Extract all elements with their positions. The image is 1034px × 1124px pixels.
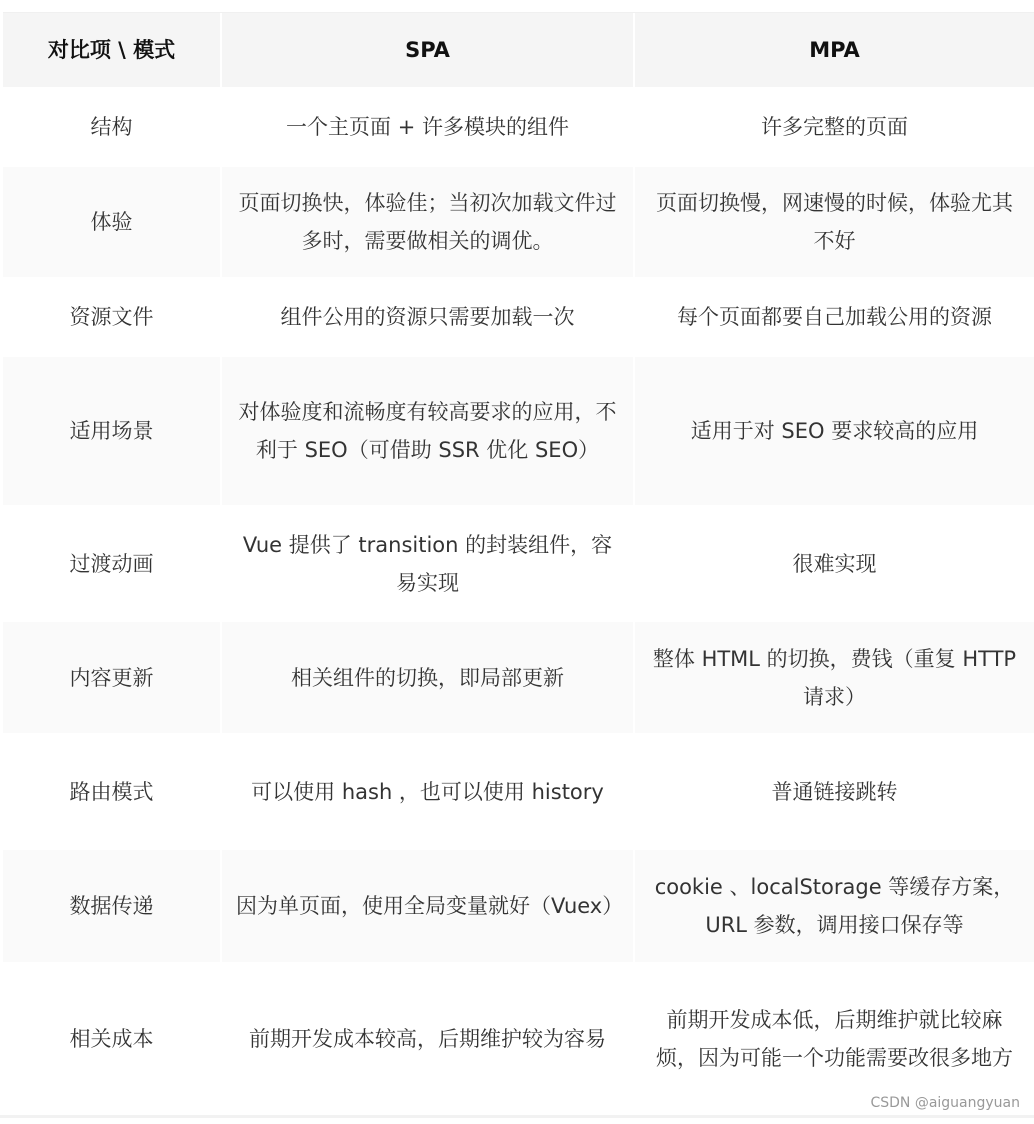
- cell-spa: 可以使用 hash ，也可以使用 history: [222, 735, 635, 850]
- cell-spa: 前期开发成本较高，后期维护较为容易: [222, 964, 635, 1116]
- table-header-row: 对比项 \ 模式 SPA MPA: [3, 13, 1034, 89]
- table-row: 过渡动画 Vue 提供了 transition 的封装组件，容易实现 很难实现: [3, 507, 1034, 622]
- spa-vs-mpa-comparison-table: 对比项 \ 模式 SPA MPA 结构 一个主页面 + 许多模块的组件 许多完整…: [3, 13, 1034, 1116]
- cell-mpa: 页面切换慢，网速慢的时候，体验尤其不好: [635, 167, 1034, 279]
- cell-spa: Vue 提供了 transition 的封装组件，容易实现: [222, 507, 635, 622]
- comparison-table-container: 对比项 \ 模式 SPA MPA 结构 一个主页面 + 许多模块的组件 许多完整…: [3, 12, 1034, 1116]
- cell-mpa: 前期开发成本低，后期维护就比较麻烦，因为可能一个功能需要改很多地方: [635, 964, 1034, 1116]
- cell-spa: 页面切换快，体验佳；当初次加载文件过多时，需要做相关的调优。: [222, 167, 635, 279]
- cell-spa: 一个主页面 + 许多模块的组件: [222, 89, 635, 167]
- cell-mpa: 每个页面都要自己加载公用的资源: [635, 279, 1034, 357]
- cell-mpa: 整体 HTML 的切换，费钱（重复 HTTP 请求）: [635, 622, 1034, 735]
- cell-mpa: 很难实现: [635, 507, 1034, 622]
- table-row: 资源文件 组件公用的资源只需要加载一次 每个页面都要自己加载公用的资源: [3, 279, 1034, 357]
- cell-mpa: 普通链接跳转: [635, 735, 1034, 850]
- cell-mpa: 许多完整的页面: [635, 89, 1034, 167]
- table-row: 内容更新 相关组件的切换，即局部更新 整体 HTML 的切换，费钱（重复 HTT…: [3, 622, 1034, 735]
- cell-item: 资源文件: [3, 279, 222, 357]
- table-bottom-border: [0, 1115, 1034, 1118]
- cell-mpa: cookie 、localStorage 等缓存方案，URL 参数，调用接口保存…: [635, 850, 1034, 964]
- cell-item: 体验: [3, 167, 222, 279]
- header-spa: SPA: [222, 13, 635, 89]
- cell-mpa: 适用于对 SEO 要求较高的应用: [635, 357, 1034, 507]
- cell-spa: 因为单页面，使用全局变量就好（Vuex）: [222, 850, 635, 964]
- cell-item: 适用场景: [3, 357, 222, 507]
- cell-spa: 组件公用的资源只需要加载一次: [222, 279, 635, 357]
- cell-item: 结构: [3, 89, 222, 167]
- table-row: 体验 页面切换快，体验佳；当初次加载文件过多时，需要做相关的调优。 页面切换慢，…: [3, 167, 1034, 279]
- table-row: 相关成本 前期开发成本较高，后期维护较为容易 前期开发成本低，后期维护就比较麻烦…: [3, 964, 1034, 1116]
- table-row: 数据传递 因为单页面，使用全局变量就好（Vuex） cookie 、localS…: [3, 850, 1034, 964]
- table-row: 结构 一个主页面 + 许多模块的组件 许多完整的页面: [3, 89, 1034, 167]
- cell-item: 相关成本: [3, 964, 222, 1116]
- cell-spa: 相关组件的切换，即局部更新: [222, 622, 635, 735]
- cell-item: 路由模式: [3, 735, 222, 850]
- cell-spa: 对体验度和流畅度有较高要求的应用，不利于 SEO（可借助 SSR 优化 SEO）: [222, 357, 635, 507]
- cell-item: 内容更新: [3, 622, 222, 735]
- csdn-watermark: CSDN @aiguangyuan: [870, 1095, 1020, 1111]
- table-row: 适用场景 对体验度和流畅度有较高要求的应用，不利于 SEO（可借助 SSR 优化…: [3, 357, 1034, 507]
- header-mpa: MPA: [635, 13, 1034, 89]
- table-row: 路由模式 可以使用 hash ，也可以使用 history 普通链接跳转: [3, 735, 1034, 850]
- cell-item: 过渡动画: [3, 507, 222, 622]
- cell-item: 数据传递: [3, 850, 222, 964]
- header-item: 对比项 \ 模式: [3, 13, 222, 89]
